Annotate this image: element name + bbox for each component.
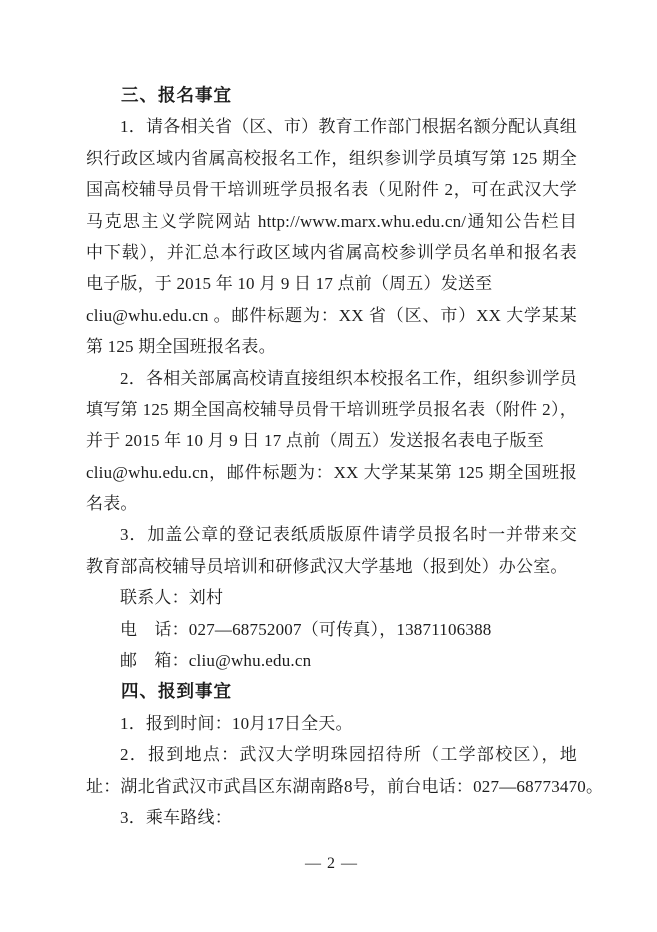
- text-line: 中下载），并汇总本行政区域内省属高校参训学员名单和报名表: [86, 237, 577, 268]
- text-line: 并于 2015 年 10 月 9 日 17 点前（周五）发送报名表电子版至: [86, 425, 577, 456]
- text-line: cliu@whu.edu.cn，邮件标题为：XX 大学某某第 125 期全国班报: [86, 457, 577, 488]
- text-line: 址：湖北省武汉市武昌区东湖南路8号，前台电话：027—68773470。: [86, 771, 577, 802]
- text-line: 国高校辅导员骨干培训班学员报名表（见附件 2，可在武汉大学: [86, 174, 577, 205]
- text-line: 教育部高校辅导员培训和研修武汉大学基地（报到处）办公室。: [86, 551, 577, 582]
- text-line: 填写第 125 期全国高校辅导员骨干培训班学员报名表（附件 2），: [86, 394, 577, 425]
- text-line: 织行政区域内省属高校报名工作，组织参训学员填写第 125 期全: [86, 143, 577, 174]
- text-line: 1．请各相关省（区、市）教育工作部门根据名额分配认真组: [86, 111, 577, 142]
- text-line: 3．加盖公章的登记表纸质版原件请学员报名时一并带来交: [86, 519, 577, 550]
- text-line: 马克思主义学院网站 http://www.marx.whu.edu.cn/通知公…: [86, 206, 577, 237]
- text-line: 2．报到地点：武汉大学明珠园招待所（工学部校区），地: [86, 739, 577, 770]
- page-number: — 2 —: [86, 855, 577, 873]
- text-line: 联系人：刘村: [86, 582, 577, 613]
- text-line: 邮 箱：cliu@whu.edu.cn: [86, 645, 577, 676]
- text-line: 2．各相关部属高校请直接组织本校报名工作，组织参训学员: [86, 363, 577, 394]
- text-line: cliu@whu.edu.cn 。邮件标题为：XX 省（区、市）XX 大学某某: [86, 300, 577, 331]
- text-line: 电子版，于 2015 年 10 月 9 日 17 点前（周五）发送至: [86, 268, 577, 299]
- section-heading: 三、报名事宜: [86, 80, 577, 111]
- text-line: 1．报到时间：10月17日全天。: [86, 708, 577, 739]
- text-line: 第 125 期全国班报名表。: [86, 331, 577, 362]
- document-page: 三、报名事宜1．请各相关省（区、市）教育工作部门根据名额分配认真组织行政区域内省…: [0, 0, 657, 932]
- text-line: 电 话：027—68752007（可传真），13871106388: [86, 614, 577, 645]
- document-body: 三、报名事宜1．请各相关省（区、市）教育工作部门根据名额分配认真组织行政区域内省…: [86, 80, 577, 833]
- text-line: 3．乘车路线：: [86, 802, 577, 833]
- text-line: 名表。: [86, 488, 577, 519]
- section-heading: 四、报到事宜: [86, 676, 577, 707]
